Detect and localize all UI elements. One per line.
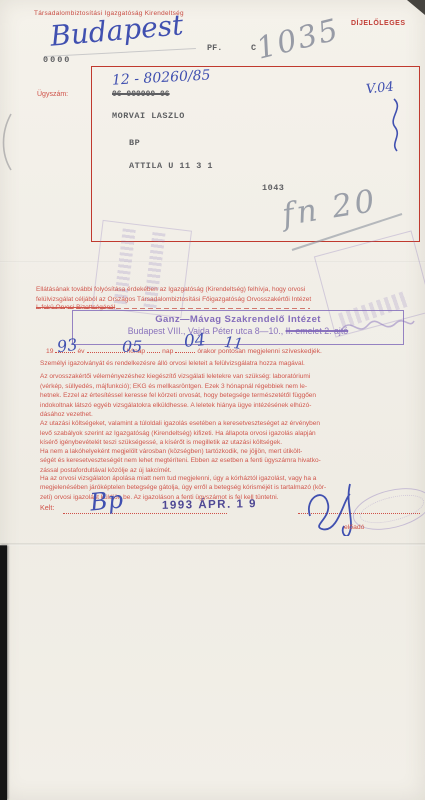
day-handwritten: 04 [183, 330, 206, 352]
scan-corner-artifact [407, 0, 425, 15]
day-label: nap [162, 348, 173, 355]
ink-flourish [382, 96, 408, 154]
paper-fold-crease [0, 543, 425, 546]
stamp-initials-flourish [338, 311, 416, 341]
date-label: Kelt: [40, 503, 54, 512]
paragraph-travel-costs: Az utazási költségeket, valamint a túlol… [40, 419, 424, 448]
scan-edge-artifact [0, 545, 7, 800]
bring-documents-line: Személyi igazolványát és rendelkezésre á… [40, 359, 425, 369]
appointment-prefix: 19 [46, 348, 53, 355]
dotted-line [63, 512, 227, 514]
paragraph-line: hetnek. Ezzel az értesítéssel keresse fe… [40, 391, 424, 401]
paragraph-line: Az orvosszakértői véleményezéshez kiegés… [40, 372, 424, 382]
venue-address-text: Budapest VIII., Vajda Péter utca 8—10., [128, 326, 283, 336]
paragraph-line: (vérkép, süllyedés, májfunkció); EKG és … [40, 382, 424, 392]
signature-role-label: előadó [344, 524, 364, 531]
paragraph-exams: Az orvosszakértői véleményezéshez kiegés… [40, 372, 424, 420]
paragraph-residence: Ha nem a lakóhelyeként megjelölt városba… [40, 447, 424, 476]
corner-note-handwritten: V.04 [365, 80, 394, 98]
scanned-letter: Társadalombiztosítási Igazgatóság Kirend… [0, 0, 425, 800]
hour-handwritten: 11 [223, 333, 244, 353]
notice-line: felülvizsgálat céljából az Országos Társ… [36, 295, 422, 305]
paragraph-line: Ha nem a lakóhelyeként megjelölt városba… [40, 447, 424, 457]
po-box-label: PF. [207, 43, 222, 53]
strike-marks [36, 308, 310, 310]
appointment-suffix: órakor pontosan megjelenni szíveskedjék. [197, 348, 322, 355]
recipient-zip: 1043 [262, 183, 284, 193]
case-number-typed-struck: 06-000000-06 [112, 90, 170, 99]
dotted-blank [147, 348, 160, 353]
date-stamp: 1993 ÁPR. 1 9 [162, 498, 257, 512]
recipient-name: MORVAI LASZLO [112, 111, 185, 121]
paragraph-line: Az utazási költségeket, valamint a túlol… [40, 419, 424, 429]
dotted-blank [87, 348, 125, 353]
pencil-margin-mark [0, 112, 12, 172]
machine-code: 0000 [43, 55, 71, 65]
month-handwritten: 05 [122, 337, 142, 356]
recipient-city: BP [129, 138, 140, 148]
paragraph-line: indokoltnak látszó egyéb vizsgálatokra e… [40, 401, 424, 411]
fee-type-label: DÍJELŐLEGES [351, 20, 406, 27]
year-label: év [77, 348, 84, 355]
paragraph-line: levő szabályok szerint az Igazgatóság (K… [40, 429, 424, 439]
paragraph-line: ségét és keresetveszteségét nem lehet me… [40, 456, 424, 466]
year-handwritten: 93 [56, 335, 79, 357]
notice-line: Ellátásának további folyósítása érdekébe… [36, 285, 422, 295]
po-box-number-handwritten: 1035 [253, 12, 343, 66]
date-city-handwritten: Bp [89, 485, 125, 516]
case-number-label: Ügyszám: [37, 91, 68, 98]
recipient-street: ATTILA U 11 3 1 [129, 161, 213, 171]
